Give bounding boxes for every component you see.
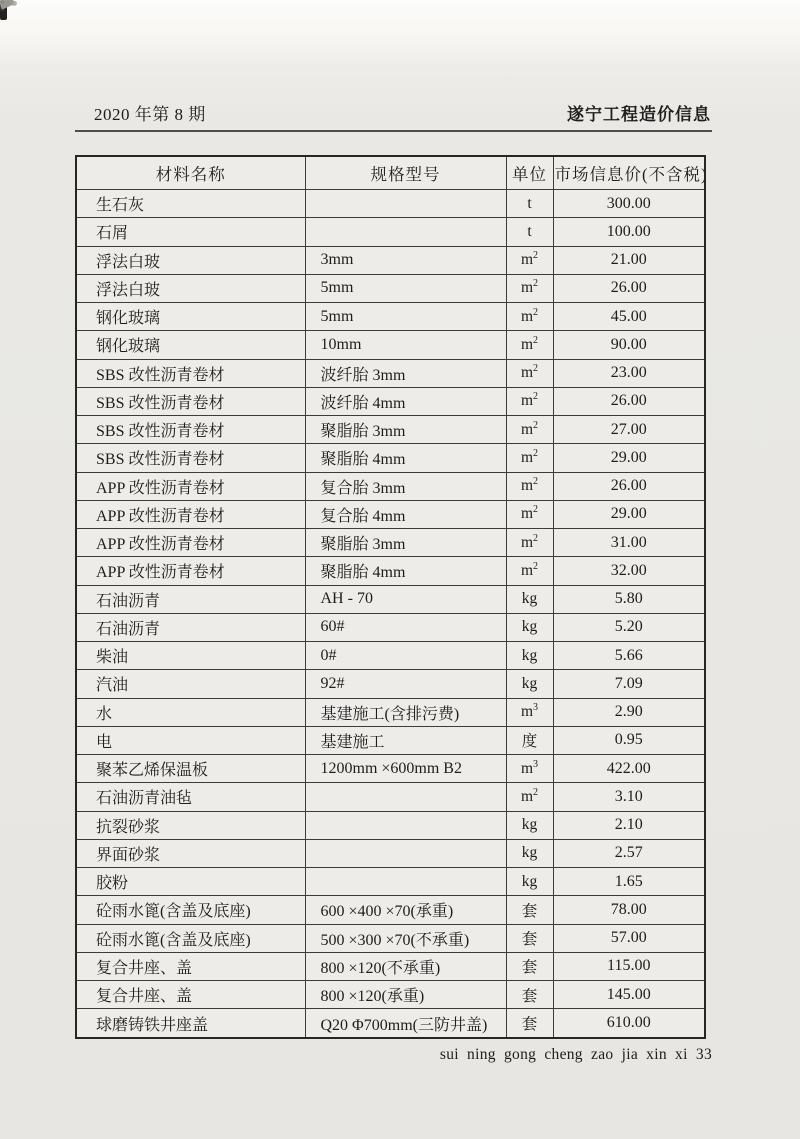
- table-row: 石油沥青油毡m23.10: [76, 783, 705, 811]
- cell-spec: 600 ×400 ×70(承重): [305, 896, 506, 924]
- cell-price: 26.00: [553, 472, 705, 500]
- header-rule: [75, 130, 712, 132]
- column-header-price: 市场信息价(不含税): [553, 156, 705, 190]
- cell-spec: Q20 Φ700mm(三防井盖): [305, 1009, 506, 1038]
- cell-unit: kg: [506, 670, 553, 698]
- cell-unit: m2: [506, 472, 553, 500]
- cell-unit: m2: [506, 500, 553, 528]
- table-row: 电基建施工度0.95: [76, 726, 705, 754]
- cell-price: 5.20: [553, 613, 705, 641]
- table-row: 砼雨水篦(含盖及底座)600 ×400 ×70(承重)套78.00: [76, 896, 705, 924]
- cell-spec: 波纤胎 4mm: [305, 387, 506, 415]
- cell-price: 26.00: [553, 387, 705, 415]
- cell-material: SBS 改性沥青卷材: [76, 359, 305, 387]
- cell-price: 90.00: [553, 331, 705, 359]
- cell-unit: m2: [506, 246, 553, 274]
- cell-unit: m2: [506, 557, 553, 585]
- cell-unit: m2: [506, 444, 553, 472]
- cell-material: APP 改性沥青卷材: [76, 529, 305, 557]
- cell-material: 生石灰: [76, 190, 305, 218]
- table-row: APP 改性沥青卷材聚脂胎 3mmm231.00: [76, 529, 705, 557]
- cell-material: 砼雨水篦(含盖及底座): [76, 924, 305, 952]
- cell-spec: 复合胎 4mm: [305, 500, 506, 528]
- table-row: 砼雨水篦(含盖及底座)500 ×300 ×70(不承重)套57.00: [76, 924, 705, 952]
- cell-material: APP 改性沥青卷材: [76, 557, 305, 585]
- cell-material: 砼雨水篦(含盖及底座): [76, 896, 305, 924]
- cell-unit: 套: [506, 924, 553, 952]
- cell-material: APP 改性沥青卷材: [76, 500, 305, 528]
- cell-price: 26.00: [553, 274, 705, 302]
- cell-spec: 10mm: [305, 331, 506, 359]
- cell-price: 78.00: [553, 896, 705, 924]
- cell-unit: kg: [506, 839, 553, 867]
- cell-unit: 度: [506, 726, 553, 754]
- cell-spec: [305, 868, 506, 896]
- column-header-spec: 规格型号: [305, 156, 506, 190]
- cell-material: 石油沥青: [76, 585, 305, 613]
- table-row: SBS 改性沥青卷材波纤胎 4mmm226.00: [76, 387, 705, 415]
- cell-spec: 聚脂胎 4mm: [305, 444, 506, 472]
- table-row: 界面砂浆kg2.57: [76, 839, 705, 867]
- column-header-material: 材料名称: [76, 156, 305, 190]
- table-row: 水基建施工(含排污费)m32.90: [76, 698, 705, 726]
- cell-price: 29.00: [553, 444, 705, 472]
- cell-spec: 92#: [305, 670, 506, 698]
- cell-spec: 60#: [305, 613, 506, 641]
- cell-spec: 500 ×300 ×70(不承重): [305, 924, 506, 952]
- cell-unit: m2: [506, 274, 553, 302]
- cell-material: 复合井座、盖: [76, 981, 305, 1009]
- cell-material: 水: [76, 698, 305, 726]
- cell-material: 石油沥青油毡: [76, 783, 305, 811]
- cell-price: 32.00: [553, 557, 705, 585]
- table-row: 复合井座、盖800 ×120(承重)套145.00: [76, 981, 705, 1009]
- table-row: 生石灰t300.00: [76, 190, 705, 218]
- table-row: 浮法白玻3mmm221.00: [76, 246, 705, 274]
- cell-material: 钢化玻璃: [76, 303, 305, 331]
- cell-material: 石油沥青: [76, 613, 305, 641]
- scan-artifact: [0, 0, 5, 4]
- cell-price: 5.66: [553, 642, 705, 670]
- cell-material: 汽油: [76, 670, 305, 698]
- cell-price: 422.00: [553, 755, 705, 783]
- cell-material: APP 改性沥青卷材: [76, 472, 305, 500]
- cell-material: 柴油: [76, 642, 305, 670]
- cell-price: 610.00: [553, 1009, 705, 1038]
- cell-unit: 套: [506, 952, 553, 980]
- cell-unit: t: [506, 190, 553, 218]
- cell-spec: 复合胎 3mm: [305, 472, 506, 500]
- table-row: 石油沥青AH - 70kg5.80: [76, 585, 705, 613]
- cell-unit: 套: [506, 1009, 553, 1038]
- cell-price: 27.00: [553, 416, 705, 444]
- cell-spec: 3mm: [305, 246, 506, 274]
- cell-spec: 0#: [305, 642, 506, 670]
- cell-material: SBS 改性沥青卷材: [76, 444, 305, 472]
- cell-unit: m2: [506, 359, 553, 387]
- cell-unit: m3: [506, 755, 553, 783]
- table-row: APP 改性沥青卷材复合胎 3mmm226.00: [76, 472, 705, 500]
- cell-price: 0.95: [553, 726, 705, 754]
- cell-price: 100.00: [553, 218, 705, 246]
- cell-spec: 波纤胎 3mm: [305, 359, 506, 387]
- cell-material: 钢化玻璃: [76, 331, 305, 359]
- cell-spec: 1200mm ×600mm B2: [305, 755, 506, 783]
- table-row: 球磨铸铁井座盖Q20 Φ700mm(三防井盖)套610.00: [76, 1009, 705, 1038]
- table-row: 复合井座、盖800 ×120(不承重)套115.00: [76, 952, 705, 980]
- cell-spec: 5mm: [305, 303, 506, 331]
- table-header-row: 材料名称 规格型号 单位 市场信息价(不含税): [76, 156, 705, 190]
- table-row: 聚苯乙烯保温板1200mm ×600mm B2m3422.00: [76, 755, 705, 783]
- cell-price: 29.00: [553, 500, 705, 528]
- column-header-unit: 单位: [506, 156, 553, 190]
- document-page: 2020 年第 8 期 遂宁工程造价信息 材料名称 规格型号 单位 市场信息价(…: [0, 0, 800, 1139]
- table-row: 抗裂砂浆kg2.10: [76, 811, 705, 839]
- cell-unit: 套: [506, 981, 553, 1009]
- cell-unit: kg: [506, 642, 553, 670]
- cell-spec: [305, 190, 506, 218]
- cell-spec: [305, 811, 506, 839]
- cell-price: 45.00: [553, 303, 705, 331]
- cell-unit: kg: [506, 613, 553, 641]
- cell-material: 石屑: [76, 218, 305, 246]
- cell-spec: [305, 218, 506, 246]
- cell-price: 145.00: [553, 981, 705, 1009]
- cell-unit: m2: [506, 387, 553, 415]
- cell-spec: 聚脂胎 4mm: [305, 557, 506, 585]
- cell-price: 5.80: [553, 585, 705, 613]
- page-footer: sui ning gong cheng zao jia xin xi 33: [440, 1046, 712, 1064]
- cell-material: 胶粉: [76, 868, 305, 896]
- cell-price: 3.10: [553, 783, 705, 811]
- cell-unit: kg: [506, 811, 553, 839]
- cell-spec: 800 ×120(不承重): [305, 952, 506, 980]
- cell-material: 聚苯乙烯保温板: [76, 755, 305, 783]
- cell-unit: 套: [506, 896, 553, 924]
- cell-material: 浮法白玻: [76, 246, 305, 274]
- table-row: 石油沥青60#kg5.20: [76, 613, 705, 641]
- table-row: APP 改性沥青卷材聚脂胎 4mmm232.00: [76, 557, 705, 585]
- publication-title: 遂宁工程造价信息: [567, 100, 711, 125]
- cell-unit: kg: [506, 868, 553, 896]
- cell-spec: [305, 839, 506, 867]
- cell-unit: kg: [506, 585, 553, 613]
- cell-material: 浮法白玻: [76, 274, 305, 302]
- table-row: SBS 改性沥青卷材聚脂胎 3mmm227.00: [76, 416, 705, 444]
- cell-price: 115.00: [553, 952, 705, 980]
- cell-spec: 基建施工(含排污费): [305, 698, 506, 726]
- price-table-body: 生石灰t300.00石屑t100.00浮法白玻3mmm221.00浮法白玻5mm…: [76, 190, 705, 1039]
- cell-price: 1.65: [553, 868, 705, 896]
- table-row: 汽油92#kg7.09: [76, 670, 705, 698]
- cell-spec: [305, 783, 506, 811]
- cell-material: 界面砂浆: [76, 839, 305, 867]
- table-row: 钢化玻璃10mmm290.00: [76, 331, 705, 359]
- cell-spec: 800 ×120(承重): [305, 981, 506, 1009]
- table-row: SBS 改性沥青卷材波纤胎 3mmm223.00: [76, 359, 705, 387]
- table-row: APP 改性沥青卷材复合胎 4mmm229.00: [76, 500, 705, 528]
- cell-material: 球磨铸铁井座盖: [76, 1009, 305, 1038]
- cell-unit: m3: [506, 698, 553, 726]
- cell-price: 2.90: [553, 698, 705, 726]
- cell-spec: AH - 70: [305, 585, 506, 613]
- cell-spec: 基建施工: [305, 726, 506, 754]
- cell-unit: t: [506, 218, 553, 246]
- table-row: 浮法白玻5mmm226.00: [76, 274, 705, 302]
- table-row: 石屑t100.00: [76, 218, 705, 246]
- cell-material: SBS 改性沥青卷材: [76, 387, 305, 415]
- cell-price: 57.00: [553, 924, 705, 952]
- cell-price: 23.00: [553, 359, 705, 387]
- cell-material: 抗裂砂浆: [76, 811, 305, 839]
- cell-price: 31.00: [553, 529, 705, 557]
- cell-price: 7.09: [553, 670, 705, 698]
- cell-price: 300.00: [553, 190, 705, 218]
- cell-material: 电: [76, 726, 305, 754]
- table-row: SBS 改性沥青卷材聚脂胎 4mmm229.00: [76, 444, 705, 472]
- cell-material: SBS 改性沥青卷材: [76, 416, 305, 444]
- materials-price-table: 材料名称 规格型号 单位 市场信息价(不含税) 生石灰t300.00石屑t100…: [75, 155, 706, 1039]
- cell-price: 21.00: [553, 246, 705, 274]
- table-row: 胶粉kg1.65: [76, 868, 705, 896]
- cell-material: 复合井座、盖: [76, 952, 305, 980]
- issue-label: 2020 年第 8 期: [94, 100, 206, 125]
- cell-spec: 聚脂胎 3mm: [305, 416, 506, 444]
- cell-unit: m2: [506, 529, 553, 557]
- cell-price: 2.57: [553, 839, 705, 867]
- cell-unit: m2: [506, 783, 553, 811]
- cell-price: 2.10: [553, 811, 705, 839]
- cell-unit: m2: [506, 416, 553, 444]
- cell-unit: m2: [506, 303, 553, 331]
- table-row: 柴油0#kg5.66: [76, 642, 705, 670]
- table-row: 钢化玻璃5mmm245.00: [76, 303, 705, 331]
- cell-spec: 聚脂胎 3mm: [305, 529, 506, 557]
- cell-unit: m2: [506, 331, 553, 359]
- cell-spec: 5mm: [305, 274, 506, 302]
